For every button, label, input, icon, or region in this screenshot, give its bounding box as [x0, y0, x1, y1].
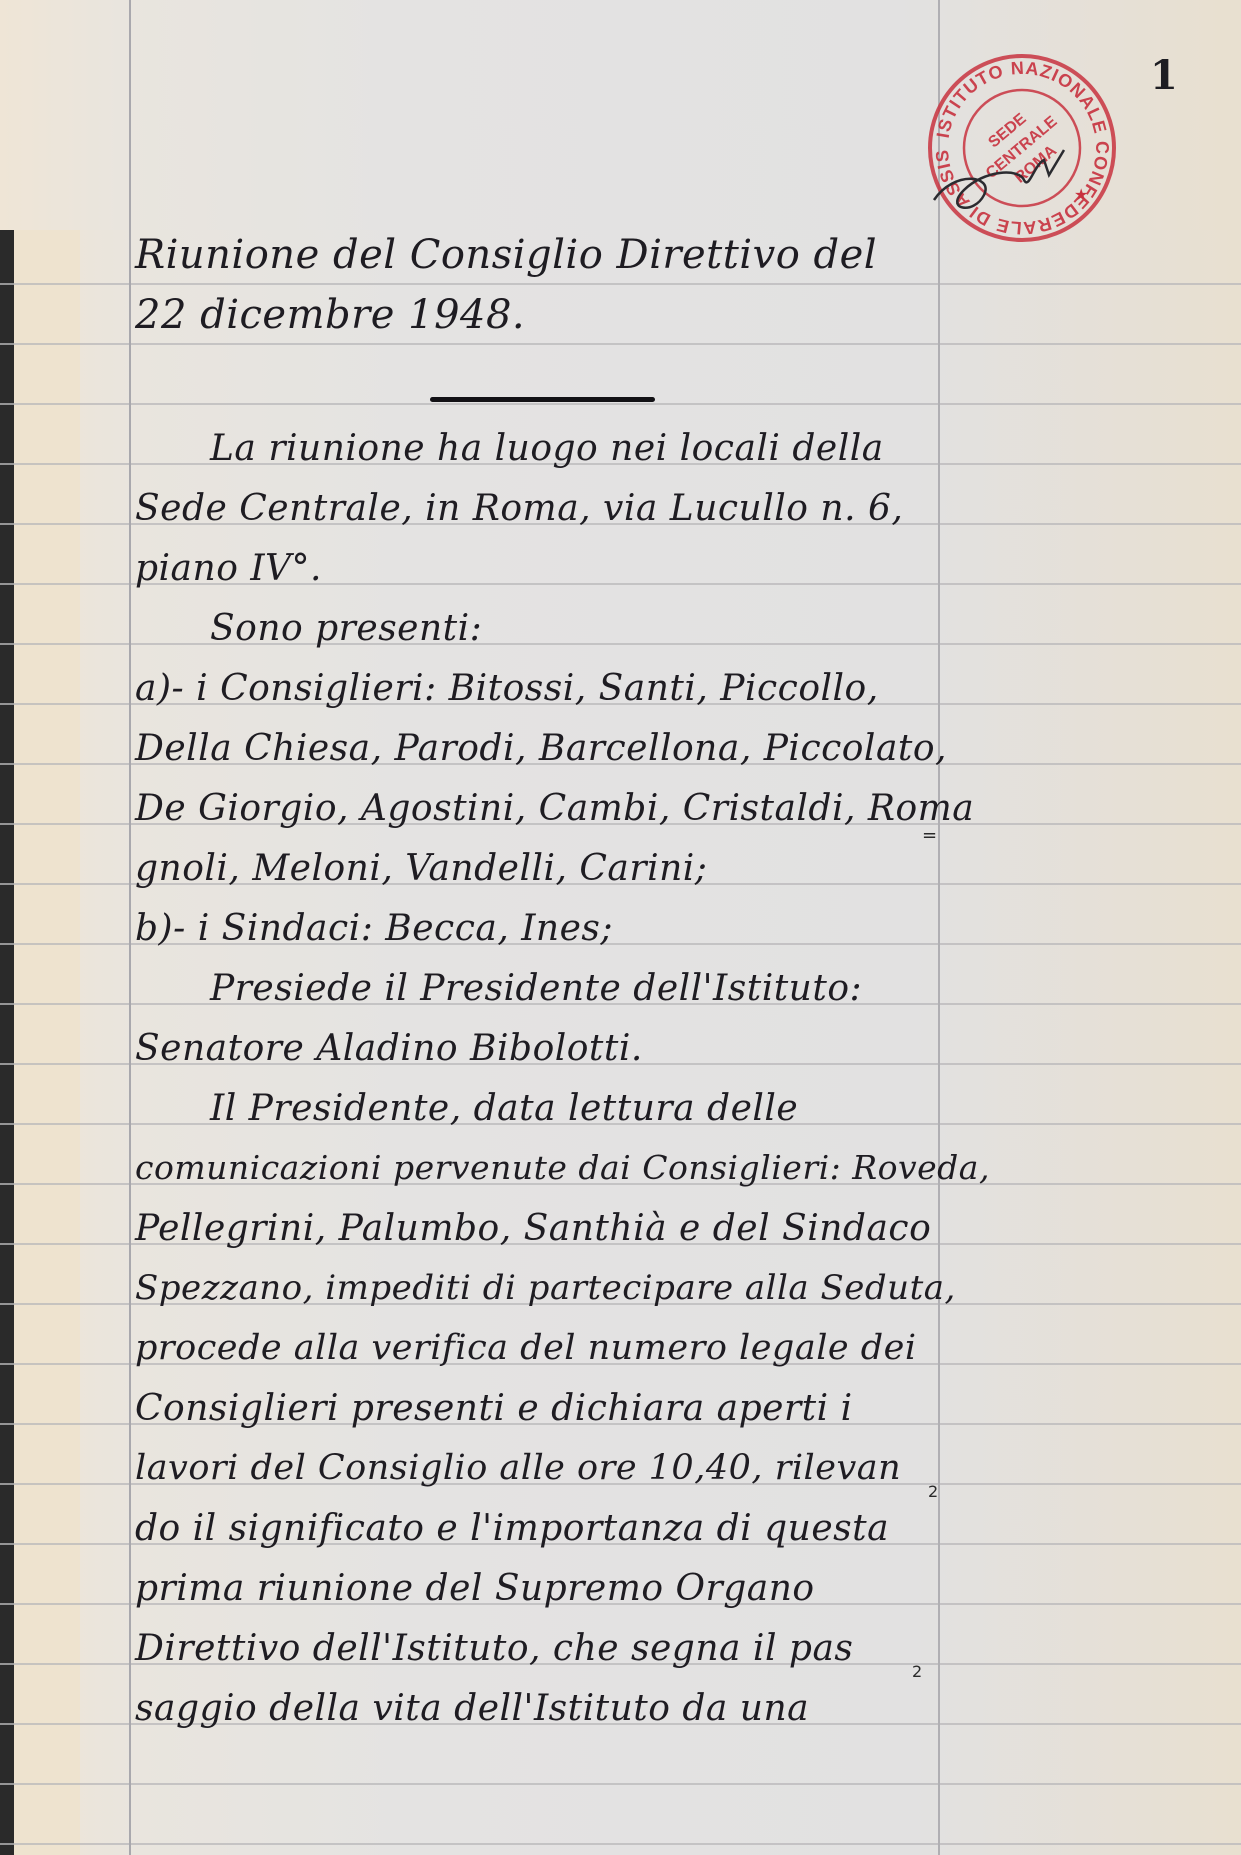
body-line: a)- i Consiglieri: Bitossi, Santi, Picco… — [135, 668, 879, 709]
institute-stamp-icon: ISTITUTO NAZIONALE CONFEDERALE DI ASSIST… — [924, 50, 1120, 246]
body-line: gnoli, Meloni, Vandelli, Carini; — [135, 848, 707, 889]
body-line: Il Presidente, data lettura delle — [210, 1088, 798, 1129]
body-line: Presiede il Presidente dell'Istituto: — [210, 968, 862, 1009]
continuation-mark: 2 — [928, 1482, 938, 1501]
hyphen-mark: = — [922, 825, 937, 846]
title-line-2: 22 dicembre 1948. — [135, 292, 525, 338]
body-line: Senatore Aladino Bibolotti. — [135, 1028, 643, 1069]
body-line: lavori del Consiglio alle ore 10,40, ril… — [135, 1448, 901, 1488]
body-line: b)- i Sindaci: Becca, Ines; — [135, 908, 613, 949]
continuation-mark: 2 — [912, 1662, 922, 1681]
body-line: La riunione ha luogo nei locali della — [210, 428, 884, 469]
body-line: piano IV°. — [135, 548, 322, 589]
svg-text:★: ★ — [1074, 185, 1088, 204]
body-line: Della Chiesa, Parodi, Barcellona, Piccol… — [135, 728, 947, 769]
page-number: 1 — [1150, 52, 1178, 99]
right-margin-line — [938, 0, 940, 1855]
title-line-1: Riunione del Consiglio Direttivo del — [135, 232, 877, 278]
body-line: prima riunione del Supremo Organo — [135, 1568, 815, 1609]
body-line: Spezzano, impediti di partecipare alla S… — [135, 1268, 956, 1308]
body-line: Pellegrini, Palumbo, Santhià e del Sinda… — [135, 1208, 931, 1249]
body-line: Sono presenti: — [210, 608, 482, 649]
title-divider — [430, 397, 655, 402]
body-line: do il significato e l'importanza di ques… — [135, 1508, 889, 1549]
body-line: Consiglieri presenti e dichiara aperti i — [135, 1388, 853, 1429]
body-line: procede alla verifica del numero legale … — [135, 1328, 917, 1368]
body-line: De Giorgio, Agostini, Cambi, Cristaldi, … — [135, 788, 974, 829]
left-margin-line — [129, 0, 131, 1855]
body-line: comunicazioni pervenute dai Consiglieri:… — [135, 1148, 990, 1187]
body-line: saggio della vita dell'Istituto da una — [135, 1688, 809, 1729]
body-line: Direttivo dell'Istituto, che segna il pa… — [135, 1628, 853, 1669]
body-line: Sede Centrale, in Roma, via Lucullo n. 6… — [135, 488, 903, 529]
